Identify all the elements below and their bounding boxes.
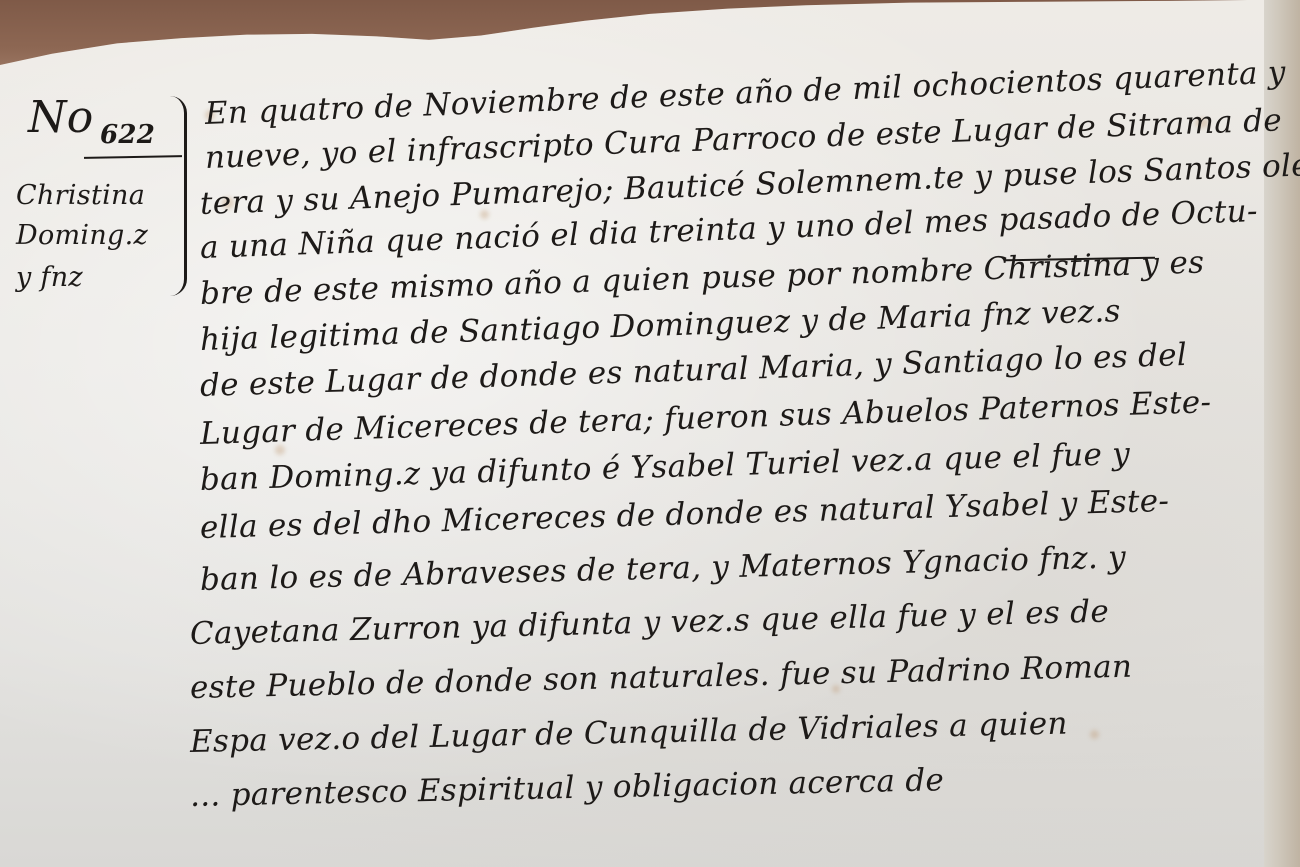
margin-name-line: y fnz (16, 262, 83, 293)
margin-name-line: Christina (16, 180, 145, 211)
entry-number-rule (84, 155, 182, 159)
margin-name-line: Doming.z (16, 220, 148, 251)
margin-note: No 622 Christina Doming.z y fnz (14, 88, 182, 318)
number-label: No (28, 92, 94, 143)
manuscript-photo: No 622 Christina Doming.z y fnz En quatr… (0, 0, 1300, 867)
foxing-stain (1090, 730, 1099, 739)
entry-number: 622 (100, 120, 155, 150)
margin-brace (170, 96, 187, 296)
